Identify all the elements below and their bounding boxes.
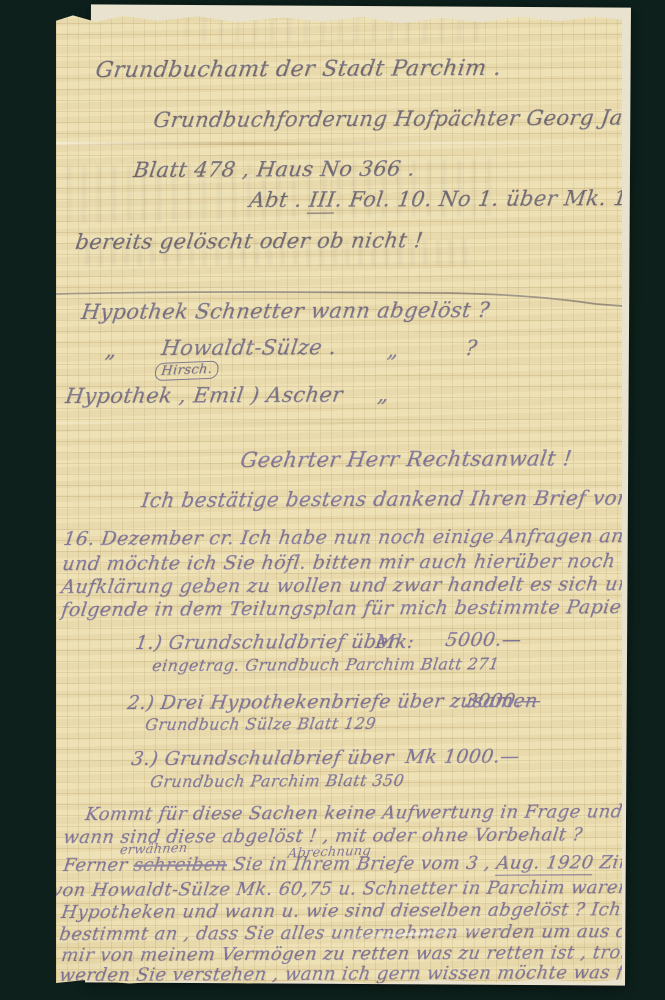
item-currency: Mk:	[374, 631, 416, 653]
memo-row3-ditto: „	[376, 382, 391, 406]
line3-end: Zinsen	[592, 852, 665, 873]
paragraph2-line: bestimmt an , dass Sie alles unternehmen…	[58, 920, 665, 945]
item-amount: 1000.—	[442, 745, 521, 767]
paper-crease	[56, 142, 622, 145]
memo-row3-label: Hypothek ,	[64, 383, 188, 408]
header-line-blatt-haus: Blatt 478 , Haus No 366 .	[132, 157, 417, 182]
struck-word: schreiben	[132, 854, 228, 875]
boxed-correction: Hirsch.	[154, 361, 219, 382]
memo-row-ascher: Hypothek , Emil ) Ascher „	[64, 382, 391, 408]
paragraph2-line: Kommt für diese Sachen keine Aufwertung …	[84, 801, 624, 825]
abt-rest: . Fol. 10. No 1. über Mk. 1500.—	[334, 186, 665, 212]
memo-row2-ditto: „	[104, 338, 119, 362]
memo-row2-quote: „	[386, 338, 401, 362]
paragraph1-line: folgende in dem Teilungsplan für mich be…	[60, 596, 657, 621]
letter-page: Grundbuchamt der Stadt Parchim . Grundbu…	[56, 12, 622, 984]
paragraph1-line: und möchte ich Sie höfl. bitten mir auch…	[61, 550, 617, 575]
item-number: 1.)	[134, 632, 164, 654]
item-text: Grundschuldbrief über	[163, 747, 395, 770]
header-line-grundbuchamt: Grundbuchamt der Stadt Parchim .	[94, 56, 503, 83]
item-subline: eingetrag. Grundbuch Parchim Blatt 271	[151, 654, 501, 675]
item-amount-line: Mk 1000.—	[404, 745, 521, 768]
paragraph1-line: 16. Dezember cr. Ich habe nun noch einig…	[62, 525, 663, 550]
paper-crease	[56, 422, 622, 424]
item-amount: 3000.—	[464, 690, 543, 712]
underlined-date: Aug. 1920	[495, 852, 595, 876]
item-subline: Grundbuch Parchim Blatt 350	[149, 771, 406, 791]
line3-middle: Sie in Ihrem Briefe vom 3 ,	[226, 853, 498, 875]
photo-of-handwritten-letter: Grundbuchamt der Stadt Parchim . Grundbu…	[0, 0, 665, 1000]
paragraph2-line-with-corrections: Ferner schreiben Sie in Ihrem Briefe vom…	[62, 852, 665, 876]
ferner-word: Ferner	[62, 855, 135, 876]
item-number: 2.)	[126, 692, 156, 714]
item-amount: 5000.—	[444, 629, 523, 651]
memo-row2-question-mark: ?	[464, 336, 479, 360]
item-number: 3.)	[130, 748, 160, 770]
header-line-forderung: Grundbuchforderung Hofpächter Georg Jahn	[152, 105, 652, 132]
item-subline: Grundbuch Sülze Blatt 129	[144, 714, 377, 734]
memo-correction-hirsch: Hirsch.	[154, 362, 219, 380]
list-item: 1.) Grundschuldbrief über	[134, 631, 399, 654]
header-line-geloescht: bereits gelöscht oder ob nicht !	[74, 228, 425, 254]
abt-label: Abt .	[248, 188, 304, 212]
opening-line: Ich bestätige bestens dankend Ihren Brie…	[140, 485, 638, 512]
paragraph2-line: Hypotheken und wann u. wie sind dieselbe…	[60, 899, 665, 923]
salutation: Geehrter Herr Rechtsanwalt !	[239, 446, 574, 472]
memo-row3-name: Emil ) Ascher	[192, 383, 344, 408]
header-line-abt-fol: Abt . III. Fol. 10. No 1. über Mk. 1500.…	[248, 186, 665, 212]
item-text: Grundschuldbrief über	[167, 631, 399, 654]
paragraph1-line: Aufklärung geben zu wollen und zwar hand…	[60, 573, 638, 598]
item-currency: Mk	[404, 746, 439, 768]
line4-text: von Howaldt-Sülze Mk. 60,75 u. Schnetter…	[51, 877, 665, 901]
memo-row-howaldt: Howaldt-Sülze .	[160, 335, 338, 360]
list-item: 3.) Grundschuldbrief über	[130, 747, 395, 770]
memo-row-schnetter: Hypothek Schnetter wann abgelöst ?	[80, 298, 491, 324]
roman-numeral-iii: III	[307, 188, 337, 214]
